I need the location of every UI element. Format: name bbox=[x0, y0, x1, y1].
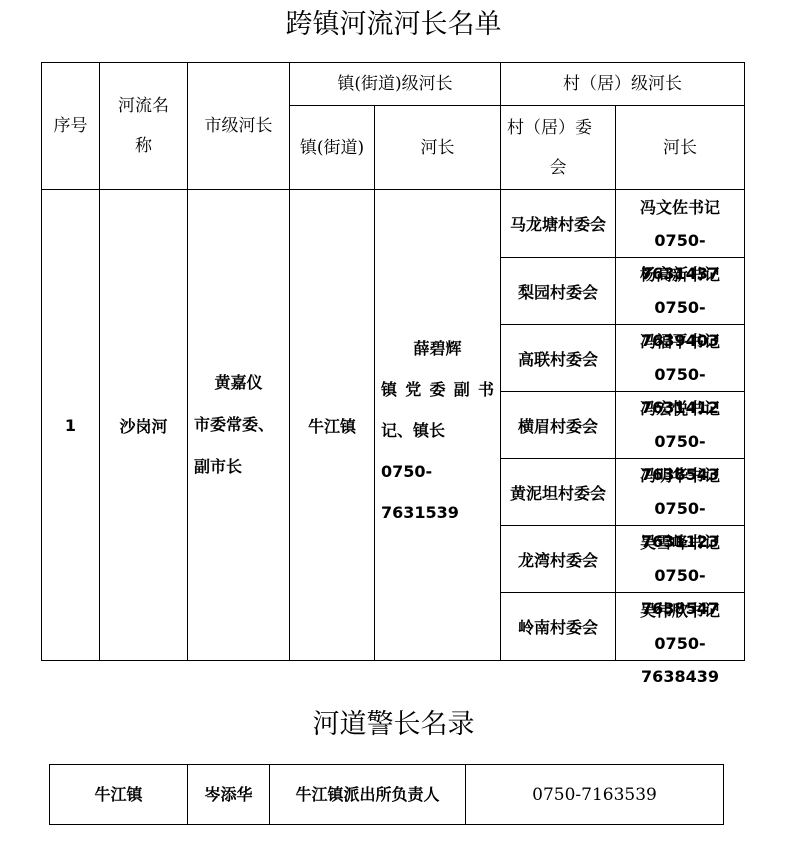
village-committee: 龙湾村委会 bbox=[501, 526, 616, 593]
village-committee: 岭南村委会 bbox=[501, 593, 616, 661]
header-village: 村（居）委 会 bbox=[501, 106, 616, 190]
cell-city-chief: 黄嘉仪 市委常委、 副市长 bbox=[188, 190, 290, 661]
village-chief: 冯文佐书记 0750-7631437 bbox=[616, 190, 745, 258]
header-city-chief: 市级河长 bbox=[188, 63, 290, 190]
village-chief: 冯明华书记 0750-7631123 bbox=[616, 459, 745, 526]
village-chief: 杨高新书记 0750-7639403 bbox=[616, 258, 745, 325]
village-chief-phone: 0750-7638547 bbox=[616, 559, 744, 592]
table-row: 1 沙岗河 黄嘉仪 市委常委、 副市长 牛江镇 薛碧辉 镇党委副书 记、镇长 0… bbox=[42, 190, 745, 258]
village-chief: 吴伟欣书记 0750-7638439 bbox=[616, 593, 745, 661]
village-chief-phone: 0750-7631437 bbox=[616, 224, 744, 257]
police-town: 牛江镇 bbox=[50, 765, 188, 825]
village-chief-phone: 0750-7639403 bbox=[616, 291, 744, 324]
village-committee: 黄泥坦村委会 bbox=[501, 459, 616, 526]
header-town-chief: 河长 bbox=[375, 106, 501, 190]
table-row: 牛江镇 岑添华 牛江镇派出所负责人 0750-7163539 bbox=[50, 765, 724, 825]
village-chief-phone: 0750-7638543 bbox=[616, 425, 744, 458]
cell-town: 牛江镇 bbox=[290, 190, 375, 661]
page-title: 跨镇河流河长名单 bbox=[0, 2, 787, 41]
header-town-group: 镇(街道)级河长 bbox=[290, 63, 501, 106]
city-chief-name: 黄嘉仪 bbox=[188, 362, 289, 404]
village-committee: 马龙塘村委会 bbox=[501, 190, 616, 258]
village-chief: 冯福平书记 0750-7631412 bbox=[616, 325, 745, 392]
police-position: 牛江镇派出所负责人 bbox=[270, 765, 466, 825]
cell-seq: 1 bbox=[42, 190, 100, 661]
police-name: 岑添华 bbox=[188, 765, 270, 825]
village-committee: 梨园村委会 bbox=[501, 258, 616, 325]
town-chief-name: 薛碧辉 bbox=[375, 328, 500, 369]
city-chief-title: 市委常委、 bbox=[188, 404, 289, 446]
header-seq: 序号 bbox=[42, 63, 100, 190]
header-village-group: 村（居）级河长 bbox=[501, 63, 745, 106]
river-chief-table: 序号 河流名 称 市级河长 镇(街道)级河长 村（居）级河长 镇(街道) 河长 … bbox=[41, 62, 745, 661]
town-chief-title: 镇党委副书 bbox=[375, 369, 500, 410]
village-chief-phone: 0750-7631412 bbox=[616, 358, 744, 391]
town-chief-phone: 0750-7631539 bbox=[375, 451, 500, 533]
police-phone: 0750-7163539 bbox=[466, 765, 724, 825]
village-chief-phone: 0750-7638439 bbox=[616, 627, 744, 660]
header-town: 镇(街道) bbox=[290, 106, 375, 190]
village-chief-phone: 0750-7631123 bbox=[616, 492, 744, 525]
village-chief: 冯宏悦书记 0750-7638543 bbox=[616, 392, 745, 459]
village-chief: 吴雪峰书记 0750-7638547 bbox=[616, 526, 745, 593]
cell-town-chief: 薛碧辉 镇党委副书 记、镇长 0750-7631539 bbox=[375, 190, 501, 661]
cell-river: 沙岗河 bbox=[100, 190, 188, 661]
river-police-table: 牛江镇 岑添华 牛江镇派出所负责人 0750-7163539 bbox=[49, 764, 724, 825]
header-village-chief: 河长 bbox=[616, 106, 745, 190]
police-title: 河道警长名录 bbox=[0, 702, 787, 741]
village-committee: 横眉村委会 bbox=[501, 392, 616, 459]
header-river-name: 河流名 称 bbox=[100, 63, 188, 190]
village-committee: 高联村委会 bbox=[501, 325, 616, 392]
